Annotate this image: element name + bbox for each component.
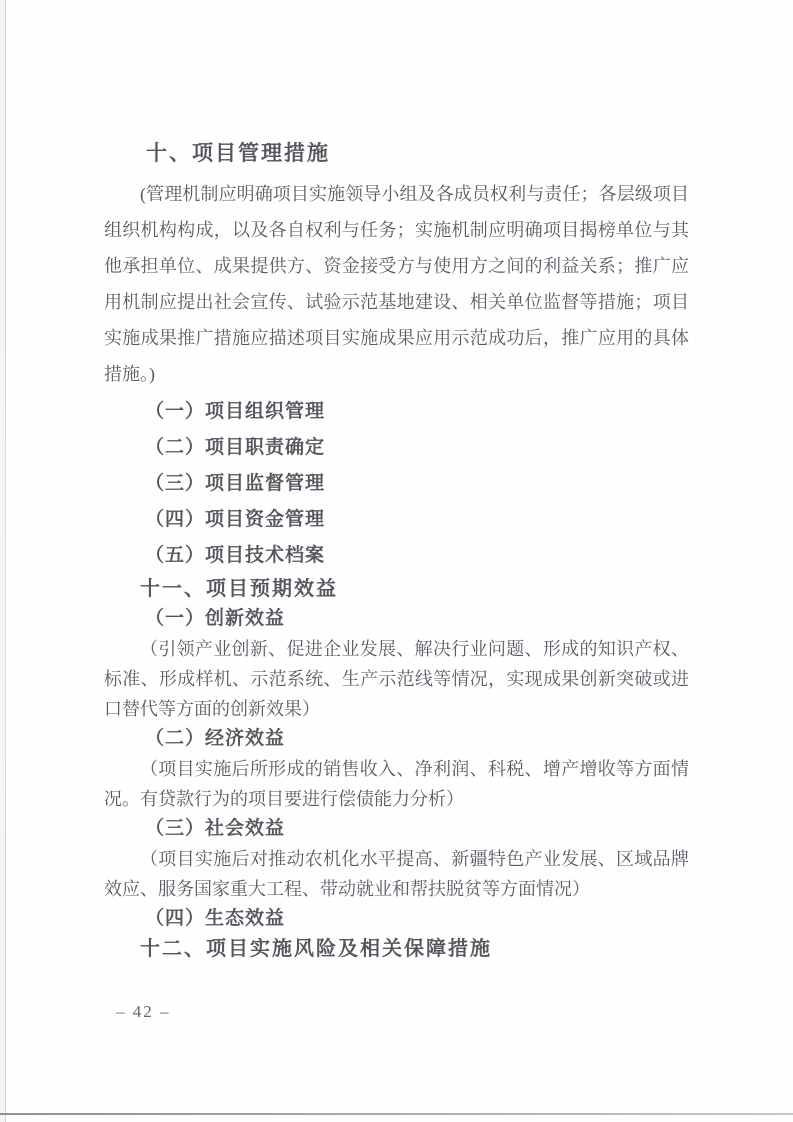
subsection-innovation-heading: （一）创新效益 (145, 604, 689, 634)
subsection-ecological-heading: （四）生态效益 (145, 904, 689, 934)
subsection-innovation-note: （引领产业创新、促进企业发展、解决行业问题、形成的知识产权、标准、形成样机、示范… (104, 634, 689, 724)
scan-bottom-edge-line (0, 1113, 793, 1115)
subsection-social-heading: （三）社会效益 (145, 814, 689, 844)
subsection-economic-heading: （二）经济效益 (145, 724, 689, 754)
page-number: – 42 – (116, 1002, 171, 1022)
subsection-economic: （二）经济效益 （项目实施后所形成的销售收入、净利润、科税、增产增收等方面情况。… (104, 724, 689, 814)
document-content: 十、项目管理措施 (管理机制应明确项目实施领导小组及各成员权利与责任；各层级项目… (104, 138, 689, 964)
list-item-archives: （五）项目技术档案 (145, 538, 689, 574)
subsection-social: （三）社会效益 （项目实施后对推动农机化水平提高、新疆特色产业发展、区域品牌效应… (104, 814, 689, 904)
subsection-ecological: （四）生态效益 (104, 904, 689, 934)
section-10-list: （一）项目组织管理 （二）项目职责确定 （三）项目监督管理 （四）项目资金管理 … (104, 394, 689, 574)
list-item-supervision: （三）项目监督管理 (145, 466, 689, 502)
section-12-heading: 十二、项目实施风险及相关保障措施 (140, 934, 689, 964)
document-page: 十、项目管理措施 (管理机制应明确项目实施领导小组及各成员权利与责任；各层级项目… (0, 0, 793, 1122)
subsection-economic-note: （项目实施后所形成的销售收入、净利润、科税、增产增收等方面情况。有贷款行为的项目… (104, 754, 689, 814)
subsection-innovation: （一）创新效益 （引领产业创新、促进企业发展、解决行业问题、形成的知识产权、标准… (104, 604, 689, 724)
scan-left-edge-line (5, 0, 6, 1122)
list-item-organization: （一）项目组织管理 (145, 394, 689, 430)
subsection-social-note: （项目实施后对推动农机化水平提高、新疆特色产业发展、区域品牌效应、服务国家重大工… (104, 844, 689, 904)
list-item-funding: （四）项目资金管理 (145, 502, 689, 538)
list-item-responsibility: （二）项目职责确定 (145, 430, 689, 466)
section-11-heading: 十一、项目预期效益 (140, 574, 689, 604)
section-10-heading: 十、项目管理措施 (146, 138, 689, 168)
section-10-note: (管理机制应明确项目实施领导小组及各成员权利与责任；各层级项目组织机构构成，以及… (104, 176, 689, 392)
